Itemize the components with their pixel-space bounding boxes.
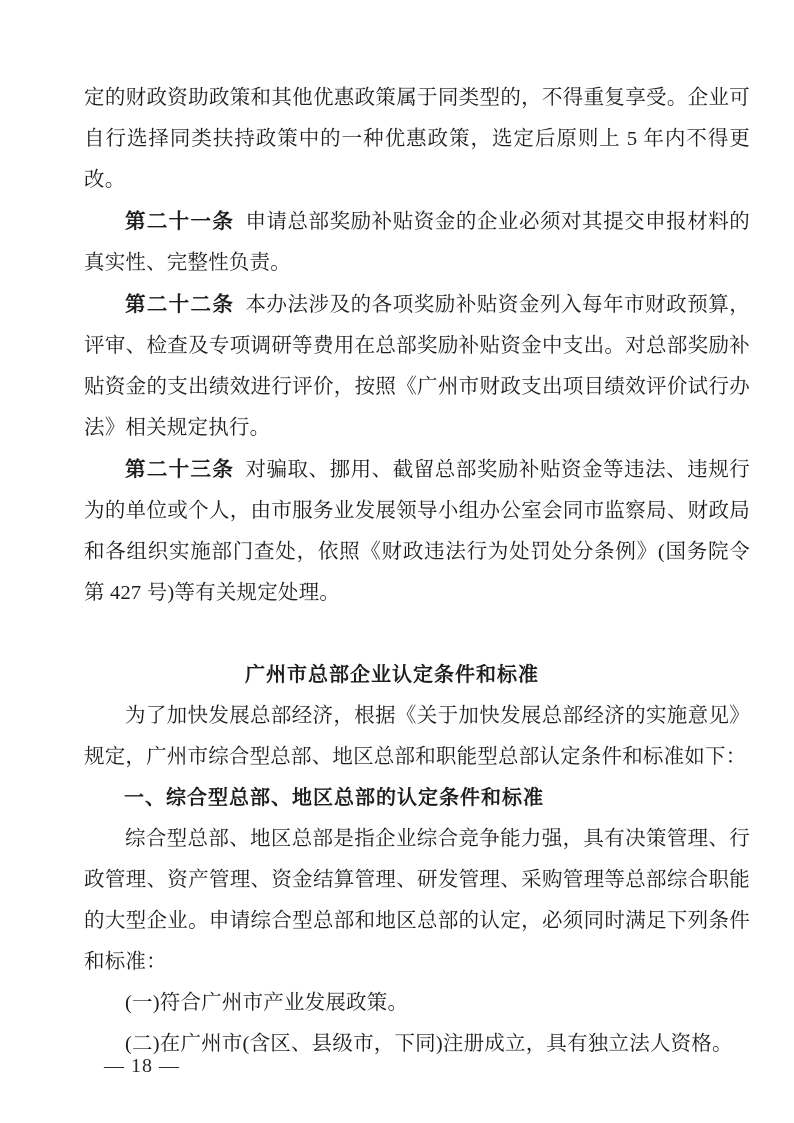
article-21-label: 第二十一条: [125, 210, 234, 233]
section-title: 广州市总部企业认定条件和标准: [84, 655, 750, 696]
article-21-paragraph: 第二十一条申请总部奖励补贴资金的企业必须对其提交申报材料的真实性、完整性负责。: [84, 201, 750, 284]
section-subheading: 一、综合型总部、地区总部的认定条件和标准: [84, 778, 750, 819]
paragraph-continuation: 定的财政资助政策和其他优惠政策属于同类型的，不得重复享受。企业可自行选择同类扶持…: [84, 78, 750, 201]
article-22-label: 第二十二条: [125, 293, 234, 316]
condition-item-1: (一)符合广州市产业发展政策。: [84, 983, 750, 1024]
section-body-paragraph: 综合型总部、地区总部是指企业综合竞争能力强，具有决策管理、行政管理、资产管理、资…: [84, 819, 750, 983]
article-22-paragraph: 第二十二条本办法涉及的各项奖励补贴资金列入每年市财政预算，评审、检查及专项调研等…: [84, 284, 750, 449]
page-number-footer: — 18 —: [104, 1052, 180, 1080]
condition-item-2: (二)在广州市(含区、县级市，下同)注册成立，具有独立法人资格。: [84, 1024, 750, 1065]
section-intro-paragraph: 为了加快发展总部经济，根据《关于加快发展总部经济的实施意见》规定，广州市综合型总…: [84, 696, 750, 778]
article-23-label: 第二十三条: [125, 458, 234, 481]
document-body: 定的财政资助政策和其他优惠政策属于同类型的，不得重复享受。企业可自行选择同类扶持…: [84, 78, 750, 1065]
document-page: 定的财政资助政策和其他优惠政策属于同类型的，不得重复享受。企业可自行选择同类扶持…: [0, 0, 794, 1123]
article-23-paragraph: 第二十三条对骗取、挪用、截留总部奖励补贴资金等违法、违规行为的单位或个人，由市服…: [84, 449, 750, 614]
